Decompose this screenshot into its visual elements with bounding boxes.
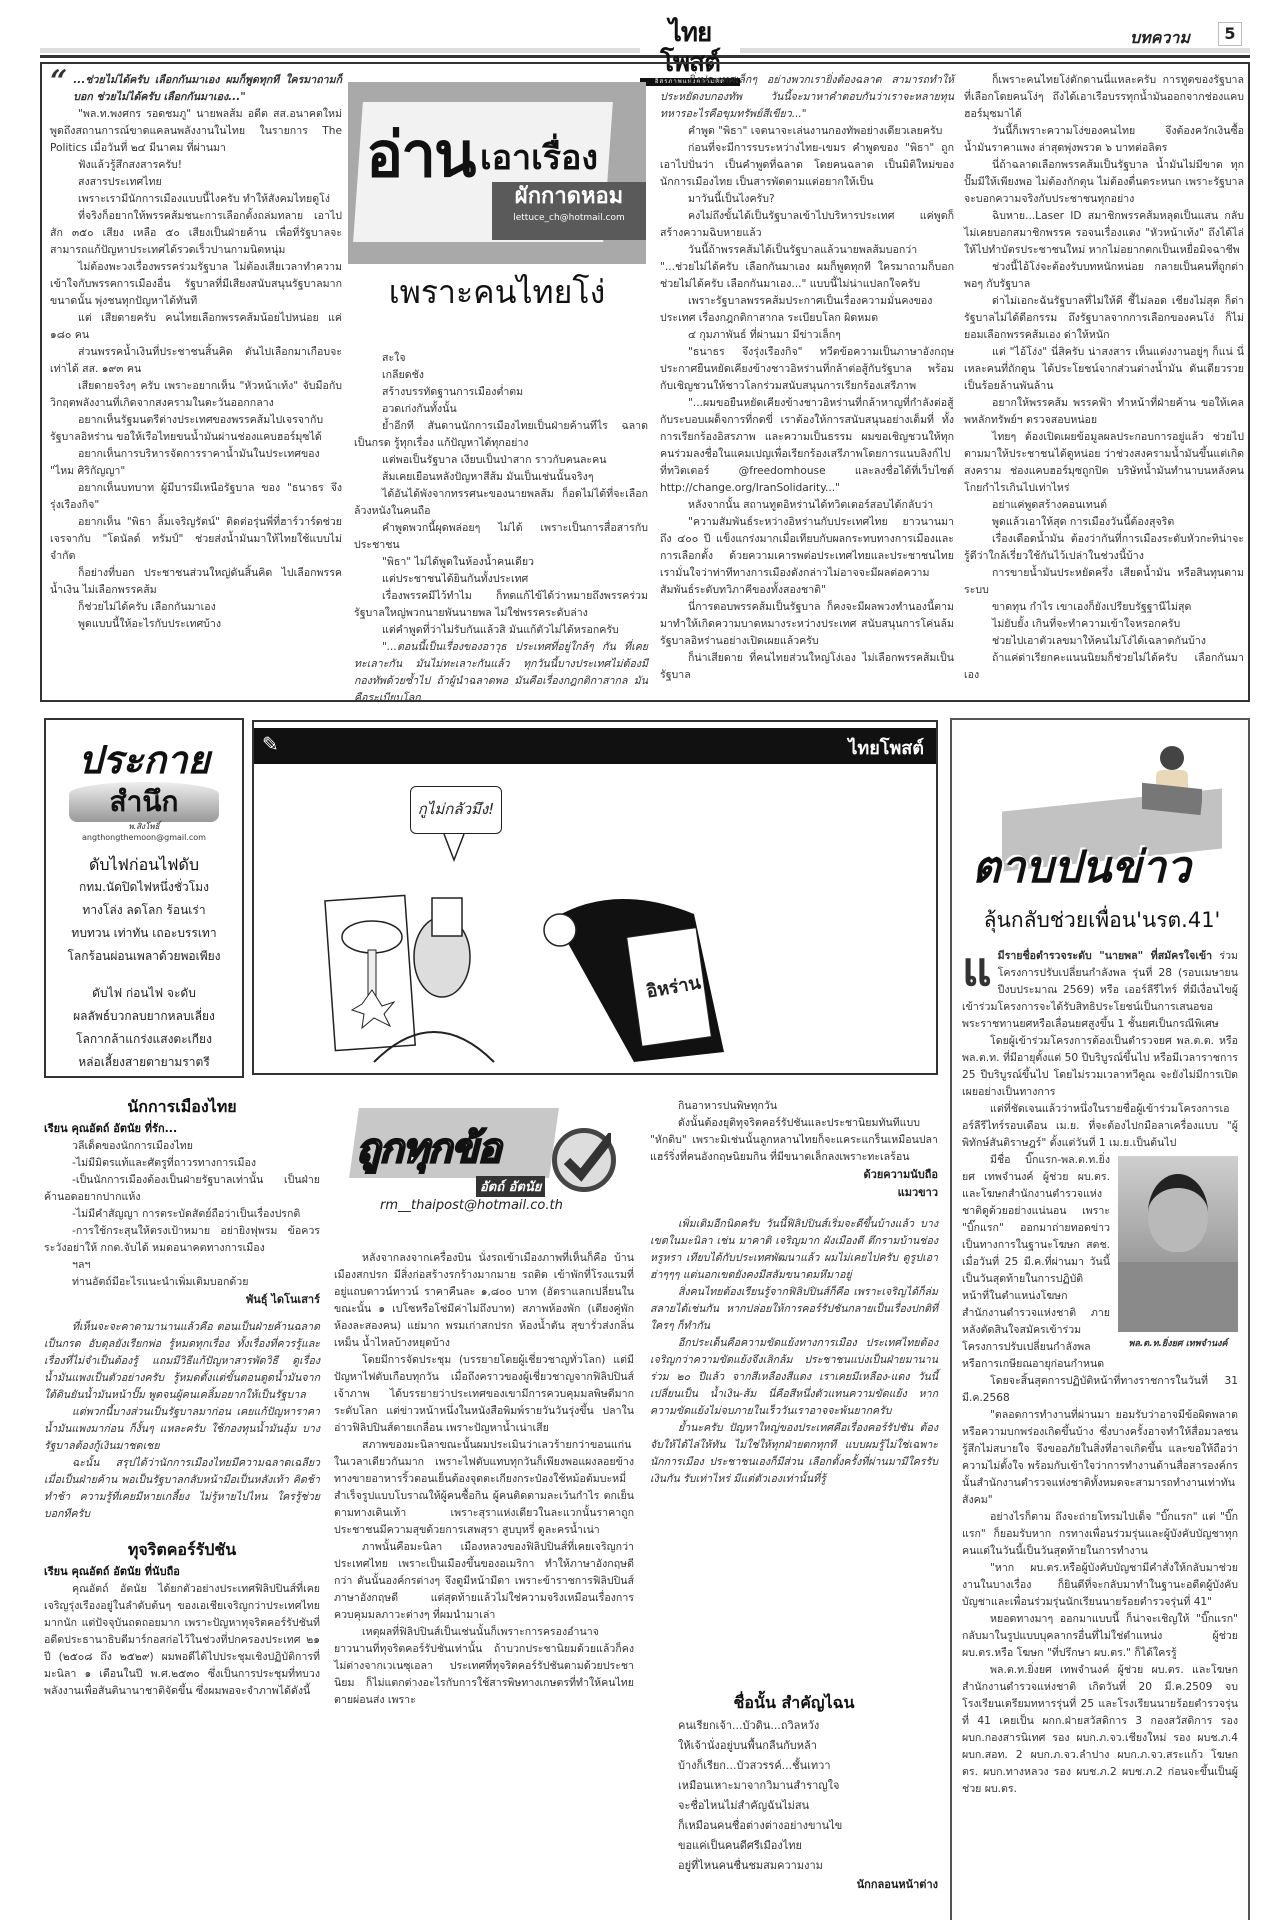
letter-paragraph: กินอาหารปนพิษทุกวัน [650,1098,938,1115]
letter-paragraph: คุณอัตถ์ อัตนัย ได้ยกตัวอย่างประเทศฟิลิป… [44,1581,320,1700]
poem-line: หล่อเลี้ยงสายตายามราตรี [46,1051,242,1074]
article-paragraph: ส้มเคยเยือนหลังปัญหาสีส้ม มันเป็นเช่นนั้… [354,469,648,486]
article-paragraph: ก็ช่วยไม่ได้ครับ เลือกกันมาเอง [50,599,342,616]
poem-byline: พ.สิงโพธิ์ [46,822,242,832]
article-paragraph: อวดเก่งกันทั้งนั้น [354,401,648,418]
article-column-2: สะใจเกลียดชังสร้างบรรทัดฐานการเมืองต่ำตม… [354,350,648,707]
letter-paragraph: สภาพของมะนิลาขณะนั้นผมประเมินว่าเลวร้ายก… [334,1437,634,1539]
article-paragraph: แต่คำพูดที่ว่าไม่รับกันแล้วสิ มันแก้ตัวไ… [354,622,648,639]
letter-signature-1: พันธุ์ ไดโนเสาร์ [44,1291,320,1309]
reply-paragraph: สิ่งคนไทยต้องเรียนรู้จากฟิลิปปินส์ก็คือ … [650,1284,938,1335]
poem-column-logo: ประกาย [46,738,242,782]
letter-paragraph: เหตุผลที่ฟิลิปปินส์เป็นเช่นนั้นก็เพราะกา… [334,1624,634,1709]
article-paragraph: "ธนาธร จึงรุ่งเรืองกิจ" ทวีตข้อความเป็นภ… [660,344,954,395]
poem-stanza-1: กทม.นัดปิดไฟหนึ่งชั่วโมงทางโล่ง ลดโลก ร้… [46,876,242,968]
poem-line: ให้เจ้านั่งอยู่บนพื้นกลืนกับหล้า [678,1736,938,1756]
article-headline: เพราะคนไทยโง่ [348,270,646,314]
article-paragraph: แต่พอเป็นรัฐบาล เงียบเป็นป่าสาก ราวกับคน… [354,452,648,469]
letter-paragraph: ภาพนั้นคือมะนิลา เมืองหลวงของฟิลิปปินส์ท… [334,1539,634,1624]
article-column-4: ก็เพราะคนไทยโง่ดักดานนี่แหละครับ การทูตข… [964,72,1244,684]
article-paragraph: พูดแบบนี้ให้อะไรกับประเทศบ้าง [50,616,342,633]
letter-salutation-1: เรียน คุณอัตถ์ อัตนัย ที่รัก... [44,1120,320,1138]
lead-text: มีรายชื่อตำรวจระดับ "นายพล" ที่สมัครใจเข… [998,950,1212,962]
article-paragraph: "พิธา" ไม่ได้พูดในห้องน้ำคนเดียว [354,554,648,571]
poem-line: จะชื่อไหนไม่สำคัญฉันไม่สน [678,1796,938,1816]
article-paragraph: เพราะรัฐบาลพรรคส้มประกาศเป็นเรื่องความมั… [660,293,954,327]
letter-paragraph: ท่านอัตถ์มีอะไรแนะนำเพิ่มเติมบอกด้วย [44,1274,320,1291]
poem-line: ผลลัพธ์บวกลบยากหลบเลี่ยง [46,1005,242,1028]
poem-line: ก็เหมือนคนชื่อต่างต่างอย่างขานไข [678,1816,938,1836]
article-paragraph: ย้ำอีกที สันดานนักการเมืองไทยเป็นฝ่ายค้า… [354,418,648,452]
article-paragraph: อยากเห็นรัฐมนตรีต่างประเทศของพรรคส้มไปเจ… [50,412,342,446]
poem-stanza-2: ดับไฟ ก่อนไฟ จะดับผลลัพธ์บวกลบยากหลบเลี่… [46,982,242,1074]
article-paragraph: นี่ถ้าฉลาดเลือกพรรคส้มเป็นรัฐบาล น้ำมันไ… [964,157,1244,208]
photo-caption: พล.ต.ท.ยิ่งยศ เทพจำนงค์ [1118,1336,1238,1353]
article-paragraph: ด่าไม่เอกะฉันรัฐบาลที่ไม่ให้ดี ชี้ไม่ลอด… [964,293,1244,344]
article-paragraph: วันนี้ถ้าพรรคส้มได้เป็นรัฐบาลแล้วนายพลส้… [660,242,954,293]
poem-column-ribbon: สำนึก [69,782,219,822]
article-paragraph: "ความสัมพันธ์ระหว่างอิหร่านกับประเทศไทย … [660,514,954,599]
poem-line: โลกากล้าแกร่งแสงตะเกียง [46,1028,242,1051]
article-paragraph: วันนี้ก็เพราะความโง่ของคนไทย จึงต้องควัก… [964,123,1244,157]
article-column-1: “...ช่วยไม่ได้ครับ เลือกกันมาเอง ผมก็พูด… [50,72,342,633]
article-paragraph: สงสารประเทศไทย [50,174,342,191]
article-paragraph: การขายน้ำมันประหยัดครึ่ง เสียดน้ำมัน หรื… [964,565,1244,599]
banner-big-text: อ่าน [366,122,474,188]
logo-word: ถูกทุกข้อ [356,1116,500,1180]
article-paragraph: ช่วยไปเอาตัวเลขมาให้คนไม่โง่ได้เฉลาดกันบ… [964,633,1244,650]
article-paragraph: คงไม่ถึงขั้นได้เป็นรัฐบาลเข้าไปบริหารประ… [660,208,954,242]
poem-line: ทบทวน เท่าทัน เถอะบรรเทา [46,922,242,945]
article-paragraph: พูดแล้วเอาให้สุด การเมืองวันนี้ต้องสุจริ… [964,514,1244,531]
reply-body-1: ที่เห็นจะจะคาดามานานแล้วคือ ตอนเป็นฝ่ายค… [44,1319,320,1523]
poem-line: อยู่ที่ไหนคนชื่นชมสมความงาม [678,1856,938,1876]
article-paragraph: หลังจากนั้น สถานทูตอิหร่านได้ทวิตเตอร์สอ… [660,497,954,514]
reply-paragraph: อีกประเด็นคือความขัดแย้งทางการเมือง ประเ… [650,1335,938,1420]
article-paragraph: สร้างบรรทัดฐานการเมืองต่ำตม [354,384,648,401]
article-paragraph: มาวันนี้เป็นไงครับ? [660,191,954,208]
article-paragraph: ฟังแล้วรู้สึกสงสารครับ! [50,157,342,174]
poem-title: ดับไฟก่อนไฟดับ [46,854,242,876]
reply-paragraph: แต่พวกนี้บางส่วนเป็นรัฐบาลมาก่อน เคยแก้ป… [44,1404,320,1455]
bottom-poem: ชื่อนั้น สำคัญไฉน คนเรียกเจ้า...บัวดิน..… [650,1690,938,1894]
letter-paragraph: -ไม่มีคำสัญญา การตระบัดสัตย์ถือว่าเป็นเร… [44,1206,320,1223]
column-logo: ตาบปนข่าว [972,832,1191,902]
newspaper-reader-icon [1142,742,1202,832]
check-column-right: กินอาหารปนพิษทุกวันดังนั้นต้องยุติทุจริต… [650,1098,938,1488]
editorial-cartoon: ✎ ไทยโพสต์ กูไม่กลัวมึง! อิหร่าน [252,720,938,1075]
article-paragraph: "...ตอนนี้เป็นเรื่องของอาวุธ ประเทศที่อย… [354,639,648,707]
article-paragraph: ยิ่งประเทศเล็กๆ อย่างพวกเรายิ่งต้องฉลาด … [660,72,954,123]
letter-paragraph: ฯลฯ [44,1257,320,1274]
news-body: แ มีรายชื่อตำรวจระดับ "นายพล" ที่สมัครใจ… [962,948,1238,1798]
logo-author: อัตถ์ อัตนัย [476,1176,545,1197]
letter-paragraph: -ไม่มีมิตรแท้และศัตรูที่ถาวรทางการเมือง [44,1155,320,1172]
article-paragraph: ก็อย่างที่บอก ประชาชนส่วนใหญ่ดันสิ้นคิด … [50,565,342,599]
article-paragraph: "พล.ท.พงศกร รอดชมภู" นายพลส้ม อดีต สส.อน… [50,106,342,157]
poem-line: โลกร้อนผ่อนเพลาด้วยพอเพียง [46,945,242,968]
column-email: rm__thaipost@hotmail.co.th [380,1198,563,1213]
news-gossip-column: ตาบปนข่าว ลุ้นกลับช่วยเพื่อน'นรต.41' แ ม… [950,718,1250,1920]
poem-line: บ้างก็เรียก...บัวสวรรค์...ชั้นเทวา [678,1756,938,1776]
reply-paragraph: เพิ่มเติมอีกนิดครับ วันนี้ฟิลิปปินส์เริ่… [650,1216,938,1284]
page-number: 5 [1218,22,1242,46]
article-paragraph: เรื่องพรรคมีไว้ทำไม ก็ทดแก้ไข้ได้ว่าหมาย… [354,588,648,622]
author-email: lettuce_ch@hotmail.com [492,212,646,224]
article-paragraph: คำพูด "พิธา" เจตนาจะเล่นงานกองทัพอย่างเด… [660,123,954,140]
cartoon-drawing [254,722,940,1077]
article-paragraph: ช่วงนี้ไอ้โง่จะต้องรับบทหนักหน่อย กลายเป… [964,259,1244,293]
letter-paragraph: -เป็นนักการเมืองต้องเป็นฝ่ายรัฐบาลเท่านั… [44,1172,320,1206]
news-headline: ลุ้นกลับช่วยเพื่อน'นรต.41' [962,904,1242,937]
article-paragraph: ขาดทุน กำไร เขาเองก็ยังเปรียบรัฐฐานีไม่ส… [964,599,1244,616]
article-paragraph: สะใจ [354,350,648,367]
column-banner-read-aloud: อ่าน เอาเรื่อง ผักกาดหอม lettuce_ch@hotm… [348,82,646,264]
poem-column-box: ประกาย สำนึก พ.สิงโพธิ์ angthongthemoon@… [44,718,244,1078]
article-paragraph: ก็น่าเสียดาย ที่คนไทยส่วนใหญ่โง่เอง ไม่เ… [660,650,954,684]
poem-line: ดับไฟ ก่อนไฟ จะดับ [46,982,242,1005]
letters-column-left: นักการเมืองไทย เรียน คุณอัตถ์ อัตนัย ที่… [44,1094,320,1700]
article-paragraph: ไทยๆ ต้องเปิดเผยข้อมูลผลประกอบการอยู่แล้… [964,429,1244,497]
article-paragraph: แต่ประชาชนได้ยินกันทั้งประเทศ [354,571,648,588]
banner-mid-text: เอาเรื่อง [480,138,598,178]
letter-paragraph: ดังนั้นต้องยุติทุจริตคอร์รัปชันและประชาน… [650,1115,938,1166]
author-name: ผักกาดหอม [492,182,646,212]
section-label: บทความ [1130,26,1190,51]
article-paragraph: อยากเห็น "พิธา ลิ้มเจริญรัตน์" ติดต่อรุ่… [50,514,342,565]
author-tag: ผักกาดหอม lettuce_ch@hotmail.com [492,182,646,240]
article-column-3: ยิ่งประเทศเล็กๆ อย่างพวกเรายิ่งต้องฉลาด … [660,72,954,684]
article-paragraph: เพราะเรามีนักการเมืองแบบนี้ไงครับ ทำให้ส… [50,191,342,208]
reply-paragraph: ที่เห็นจะจะคาดามานานแล้วคือ ตอนเป็นฝ่ายค… [44,1319,320,1404]
poem-email: angthongthemoon@gmail.com [46,832,242,844]
letter-title-1: นักการเมืองไทย [44,1094,320,1120]
letter-salutation-2: เรียน คุณอัตถ์ อัตนัย ที่นับถือ [44,1563,320,1581]
article-paragraph: แต่ เสียดายครับ คนไทยเลือกพรรคส้มน้อยไปห… [50,310,342,344]
article-paragraph: ไม่ยับยั้ง เกินที่จะทำความเข้าใจหรอกครับ [964,616,1244,633]
article-paragraph: ไม่ต้องพะวงเรื่องพรรคร่วมรัฐบาล ไม่ต้องเ… [50,259,342,310]
article-paragraph: ได้อันได้พังจากทรรศนะของนายพลส้ม ก็อดไม่… [354,486,648,520]
article-paragraph: อย่าแค่พูดสร้างคอนเทนต์ [964,497,1244,514]
letter-body-2: คุณอัตถ์ อัตนัย ได้ยกตัวอย่างประเทศฟิลิป… [44,1581,320,1700]
reply-paragraph: ฉะนั้น สรุปได้ว่านักการเมืองไทยมีความฉลา… [44,1455,320,1523]
article-paragraph: "...ผมขอยืนหยัดเคียงข้างชาวอิหร่านที่กล้… [660,395,954,497]
letter-title-2: ทุจริตคอร์รัปชัน [44,1537,320,1563]
checkmark-icon [552,1128,616,1192]
masthead-logo: ไทยโพสต์ อิสรภาพแห่งความคิด [640,18,740,54]
article-paragraph: นี่การตอบพรรคส้มเป็นรัฐบาล ก็คงจะมีผลพวง… [660,599,954,650]
column-logo-correct-answer: ถูกทุกข้อ อัตถ์ อัตนัย rm__thaipost@hotm… [340,1090,640,1220]
bottom-poem-title: ชื่อนั้น สำคัญไฉน [650,1690,938,1716]
drop-cap: แ [962,948,992,990]
letter-body-1: วลีเด็ดของนักการเมืองไทย-ไม่มีมิตรแท้และ… [44,1138,320,1291]
signoff-name: แมวขาว [650,1184,938,1202]
article-paragraph: ถ้าแค่ด่าเรียกคะแนนนิยมก็ช่วยไม่ได้ครับ … [964,650,1244,684]
poem-line: ขอแค่เป็นคนดีศรีเมืองไทย [678,1836,938,1856]
bottom-poem-author: นักกลอนหน้าต่าง [650,1876,938,1894]
article-paragraph: ที่จริงก็อยากให้พรรคส้มชนะการเลือกตั้งถล… [50,208,342,259]
article-paragraph: อยากให้พรรคส้ม พรรคฟ้า ทำหน้าที่ฝ่ายค้าน… [964,395,1244,429]
quote-mark-icon: “ [50,72,67,92]
article-paragraph: อยากเห็นการบริหารจัดการราคาน้ำมันในประเท… [50,446,342,480]
article-paragraph: อยากเห็นบทบาท ผู้มีบารมีเหนือรัฐบาล ของ … [50,480,342,514]
signoff-line: ด้วยความนับถือ [650,1166,938,1184]
article-paragraph: เรื่องเดือดน้ำมัน ต้องว่ากันที่การเมืองร… [964,531,1244,565]
poem-line: กทม.นัดปิดไฟหนึ่งชั่วโมง [46,876,242,899]
letter-paragraph: หลังจากลงจากเครื่องบิน นั่งรถเข้าเมืองภา… [334,1250,634,1352]
poem-line: ทางโล่ง ลดโลก ร้อนเร่า [46,899,242,922]
article-paragraph: เสียดายจริงๆ ครับ เพราะอยากเห็น "หัวหน้า… [50,378,342,412]
article-paragraph: ส่วนพรรคน้ำเงินที่ประชาชนสิ้นคิด ดันไปเล… [50,344,342,378]
article-paragraph: แต่ "ไอ้โง่ง" นี่สิครับ น่าสงสาร เห็นแต่… [964,344,1244,395]
portrait-photo [1118,1156,1238,1332]
letter-end: กินอาหารปนพิษทุกวันดังนั้นต้องยุติทุจริต… [650,1098,938,1166]
letter-paragraph: วลีเด็ดของนักการเมืองไทย [44,1138,320,1155]
article-paragraph: คำพูดพวกนี้ผุดพล่อยๆ ไม่ได้ เพราะเป็นการ… [354,520,648,554]
bottom-poem-lines: คนเรียกเจ้า...บัวดิน...ถวิลหวังให้เจ้านั… [650,1716,938,1876]
article-paragraph: ก่อนที่จะมีการรบระหว่างไทย-เขมร คำพูดของ… [660,140,954,191]
article-paragraph: เกลียดชัง [354,367,648,384]
article-paragraph: ๔ กุมภาพันธ์ ที่ผ่านมา มีข่าวเล็กๆ [660,327,954,344]
reply-paragraph: ย้ำนะครับ ปัญหาใหญ่ของประเทศคือเรื่องคอร… [650,1420,938,1488]
article-paragraph: “...ช่วยไม่ได้ครับ เลือกกันมาเอง ผมก็พูด… [50,72,342,106]
poem-line: คนเรียกเจ้า...บัวดิน...ถวิลหวัง [678,1716,938,1736]
letter-paragraph: -การใช้กระสุนให้ตรงเป้าหมาย อย่ายิงฟุพรม… [44,1223,320,1257]
check-column-body: หลังจากลงจากเครื่องบิน นั่งรถเข้าเมืองภา… [334,1250,634,1709]
reply-body-2: เพิ่มเติมอีกนิดครับ วันนี้ฟิลิปปินส์เริ่… [650,1216,938,1488]
article-paragraph: ก็เพราะคนไทยโง่ดักดานนี่แหละครับ การทูตข… [964,72,1244,123]
letter-paragraph: โดยมีการจัดประชุม (บรรยายโดยผู้เชี่ยวชาญ… [334,1352,634,1437]
poem-line: เหมือนเหาะมาจากวิมานสำราญใจ [678,1776,938,1796]
article-paragraph: ฉิบหาย...Laser ID สมาชิกพรรคส้มหลุดเป็นแ… [964,208,1244,259]
